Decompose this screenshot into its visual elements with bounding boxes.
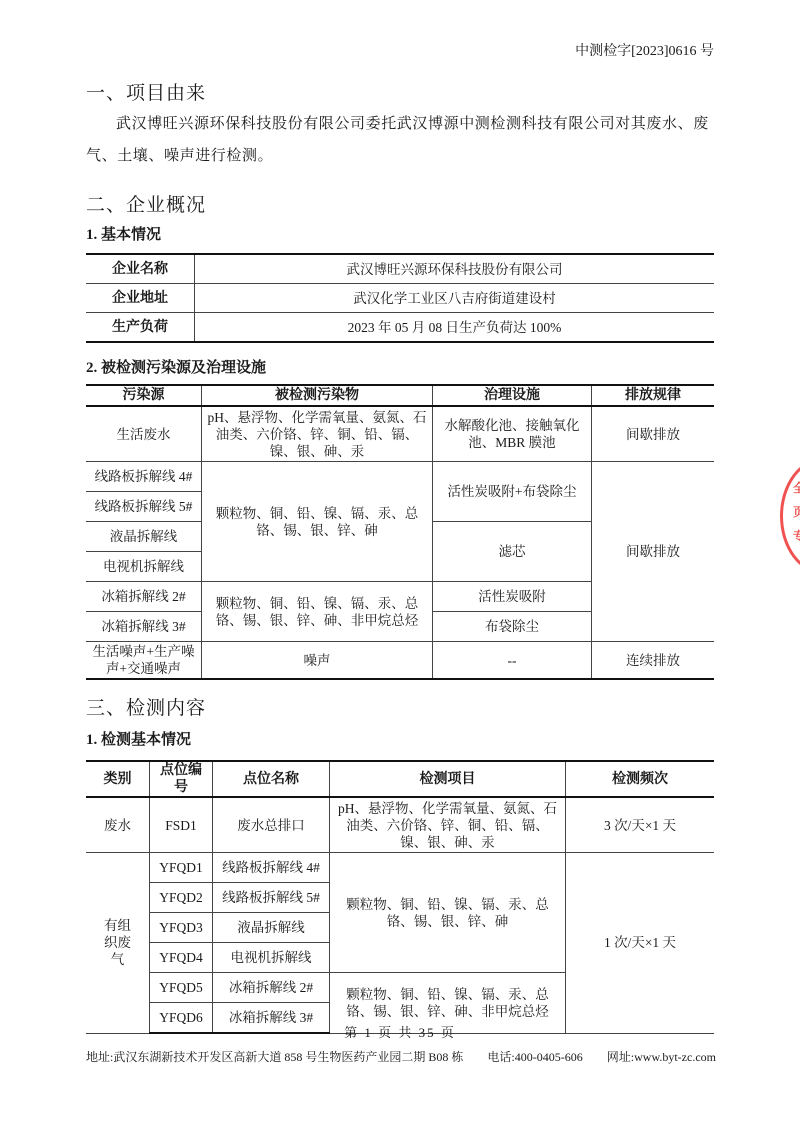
table-row: 企业名称 武汉博旺兴源环保科技股份有限公司 xyxy=(86,254,714,284)
table-row: 有组织废气 YFQD1 线路板拆解线 4# 颗粒物、铜、铅、镍、镉、汞、总铬、锡… xyxy=(86,853,714,883)
table-row: 线路板拆解线 4# 颗粒物、铜、铅、镍、镉、汞、总铬、锡、银、锌、砷 活性炭吸附… xyxy=(86,462,714,492)
facility-cell: 布袋除尘 xyxy=(433,612,592,642)
pollutants-cell: 噪声 xyxy=(202,642,433,680)
source-cell: 生活废水 xyxy=(86,406,202,462)
seal-stamp-icon: 全 页 专 xyxy=(780,458,800,574)
basic-info-table: 企业名称 武汉博旺兴源环保科技股份有限公司 企业地址 武汉化学工业区八吉府街道建… xyxy=(86,253,714,343)
point-id-cell: YFQD3 xyxy=(150,913,213,943)
point-name-cell: 液晶拆解线 xyxy=(213,913,330,943)
table-row: 生活噪声+生产噪声+交通噪声 噪声 -- 连续排放 xyxy=(86,642,714,680)
point-name-cell: 废水总排口 xyxy=(213,797,330,853)
footer-phone: 电话:400-0405-606 xyxy=(487,1048,582,1065)
row-value: 武汉博旺兴源环保科技股份有限公司 xyxy=(195,254,715,284)
pollutants-cell: 颗粒物、铜、铅、镍、镉、汞、总铬、锡、银、锌、砷、非甲烷总烃 xyxy=(202,582,433,642)
point-id-cell: YFQD4 xyxy=(150,943,213,973)
items-cell: pH、悬浮物、化学需氧量、氨氮、石油类、六价铬、锌、铜、铅、镉、镍、银、砷、汞 xyxy=(330,797,566,853)
col-header: 点位名称 xyxy=(213,761,330,797)
page-number: 第 1 页 共 35 页 xyxy=(0,1022,800,1041)
discharge-cell: 间歇排放 xyxy=(592,406,715,462)
point-id-cell: YFQD1 xyxy=(150,853,213,883)
section-2-title: 二、企业概况 xyxy=(86,190,206,217)
discharge-cell: 连续排放 xyxy=(592,642,715,680)
footer-address: 地址:武汉东湖新技术开发区高新大道 858 号生物医药产业园二期 B08 栋 xyxy=(86,1048,463,1065)
row-label: 生产负荷 xyxy=(86,313,195,343)
section-3-title: 三、检测内容 xyxy=(86,693,206,720)
table-header-row: 类别 点位编号 点位名称 检测项目 检测频次 xyxy=(86,761,714,797)
col-header: 检测项目 xyxy=(330,761,566,797)
frequency-cell: 3 次/天×1 天 xyxy=(566,797,715,853)
table-row: 企业地址 武汉化学工业区八吉府街道建设村 xyxy=(86,284,714,313)
section-1-paragraph: 武汉博旺兴源环保科技股份有限公司委托武汉博源中测检测科技有限公司对其废水、废气、… xyxy=(86,108,716,172)
col-header: 检测频次 xyxy=(566,761,715,797)
point-name-cell: 线路板拆解线 4# xyxy=(213,853,330,883)
row-label: 企业名称 xyxy=(86,254,195,284)
section-1-title: 一、项目由来 xyxy=(86,78,206,105)
pollutants-cell: pH、悬浮物、化学需氧量、氨氮、石油类、六价铬、锌、铜、铅、镉、镍、银、砷、汞 xyxy=(202,406,433,462)
table-header-row: 污染源 被检测污染物 治理设施 排放规律 xyxy=(86,385,714,406)
category-cell: 废水 xyxy=(86,797,150,853)
source-cell: 冰箱拆解线 2# xyxy=(86,582,202,612)
col-header: 被检测污染物 xyxy=(202,385,433,406)
category-cell: 有组织废气 xyxy=(86,853,150,1034)
col-header: 点位编号 xyxy=(150,761,213,797)
source-cell: 线路板拆解线 4# xyxy=(86,462,202,492)
footer-website: 网址:www.byt-zc.com xyxy=(607,1048,716,1065)
table-row: 生活废水 pH、悬浮物、化学需氧量、氨氮、石油类、六价铬、锌、铜、铅、镉、镍、银… xyxy=(86,406,714,462)
row-value: 武汉化学工业区八吉府街道建设村 xyxy=(195,284,715,313)
pollutants-cell: 颗粒物、铜、铅、镍、镉、汞、总铬、锡、银、锌、砷 xyxy=(202,462,433,582)
row-label: 企业地址 xyxy=(86,284,195,313)
point-id-cell: YFQD2 xyxy=(150,883,213,913)
footer-contact: 地址:武汉东湖新技术开发区高新大道 858 号生物医药产业园二期 B08 栋 电… xyxy=(86,1048,716,1065)
facility-cell: -- xyxy=(433,642,592,680)
col-header: 治理设施 xyxy=(433,385,592,406)
source-cell: 生活噪声+生产噪声+交通噪声 xyxy=(86,642,202,680)
source-cell: 冰箱拆解线 3# xyxy=(86,612,202,642)
col-header: 污染源 xyxy=(86,385,202,406)
source-cell: 线路板拆解线 5# xyxy=(86,492,202,522)
facility-cell: 活性炭吸附+布袋除尘 xyxy=(433,462,592,522)
detection-info-title: 1. 检测基本情况 xyxy=(86,728,191,749)
point-id-cell: YFQD5 xyxy=(150,973,213,1003)
col-header: 类别 xyxy=(86,761,150,797)
detection-info-table: 类别 点位编号 点位名称 检测项目 检测频次 废水 FSD1 废水总排口 pH、… xyxy=(86,760,714,1034)
point-id-cell: FSD1 xyxy=(150,797,213,853)
facility-cell: 活性炭吸附 xyxy=(433,582,592,612)
discharge-cell: 间歇排放 xyxy=(592,462,715,642)
point-name-cell: 冰箱拆解线 2# xyxy=(213,973,330,1003)
point-name-cell: 电视机拆解线 xyxy=(213,943,330,973)
frequency-cell: 1 次/天×1 天 xyxy=(566,853,715,1034)
table-row: 废水 FSD1 废水总排口 pH、悬浮物、化学需氧量、氨氮、石油类、六价铬、锌、… xyxy=(86,797,714,853)
row-value: 2023 年 05 月 08 日生产负荷达 100% xyxy=(195,313,715,343)
pollution-sources-title: 2. 被检测污染源及治理设施 xyxy=(86,356,266,377)
category-label: 有组织废气 xyxy=(103,917,133,968)
report-number: 中测检字[2023]0616 号 xyxy=(575,40,714,60)
col-header: 排放规律 xyxy=(592,385,715,406)
source-cell: 电视机拆解线 xyxy=(86,552,202,582)
facility-cell: 滤芯 xyxy=(433,522,592,582)
point-name-cell: 线路板拆解线 5# xyxy=(213,883,330,913)
facility-cell: 水解酸化池、接触氧化池、MBR 膜池 xyxy=(433,406,592,462)
table-row: 生产负荷 2023 年 05 月 08 日生产负荷达 100% xyxy=(86,313,714,343)
items-cell: 颗粒物、铜、铅、镍、镉、汞、总铬、锡、银、锌、砷 xyxy=(330,853,566,973)
basic-info-title: 1. 基本情况 xyxy=(86,223,161,244)
pollution-sources-table: 污染源 被检测污染物 治理设施 排放规律 生活废水 pH、悬浮物、化学需氧量、氨… xyxy=(86,384,714,680)
source-cell: 液晶拆解线 xyxy=(86,522,202,552)
